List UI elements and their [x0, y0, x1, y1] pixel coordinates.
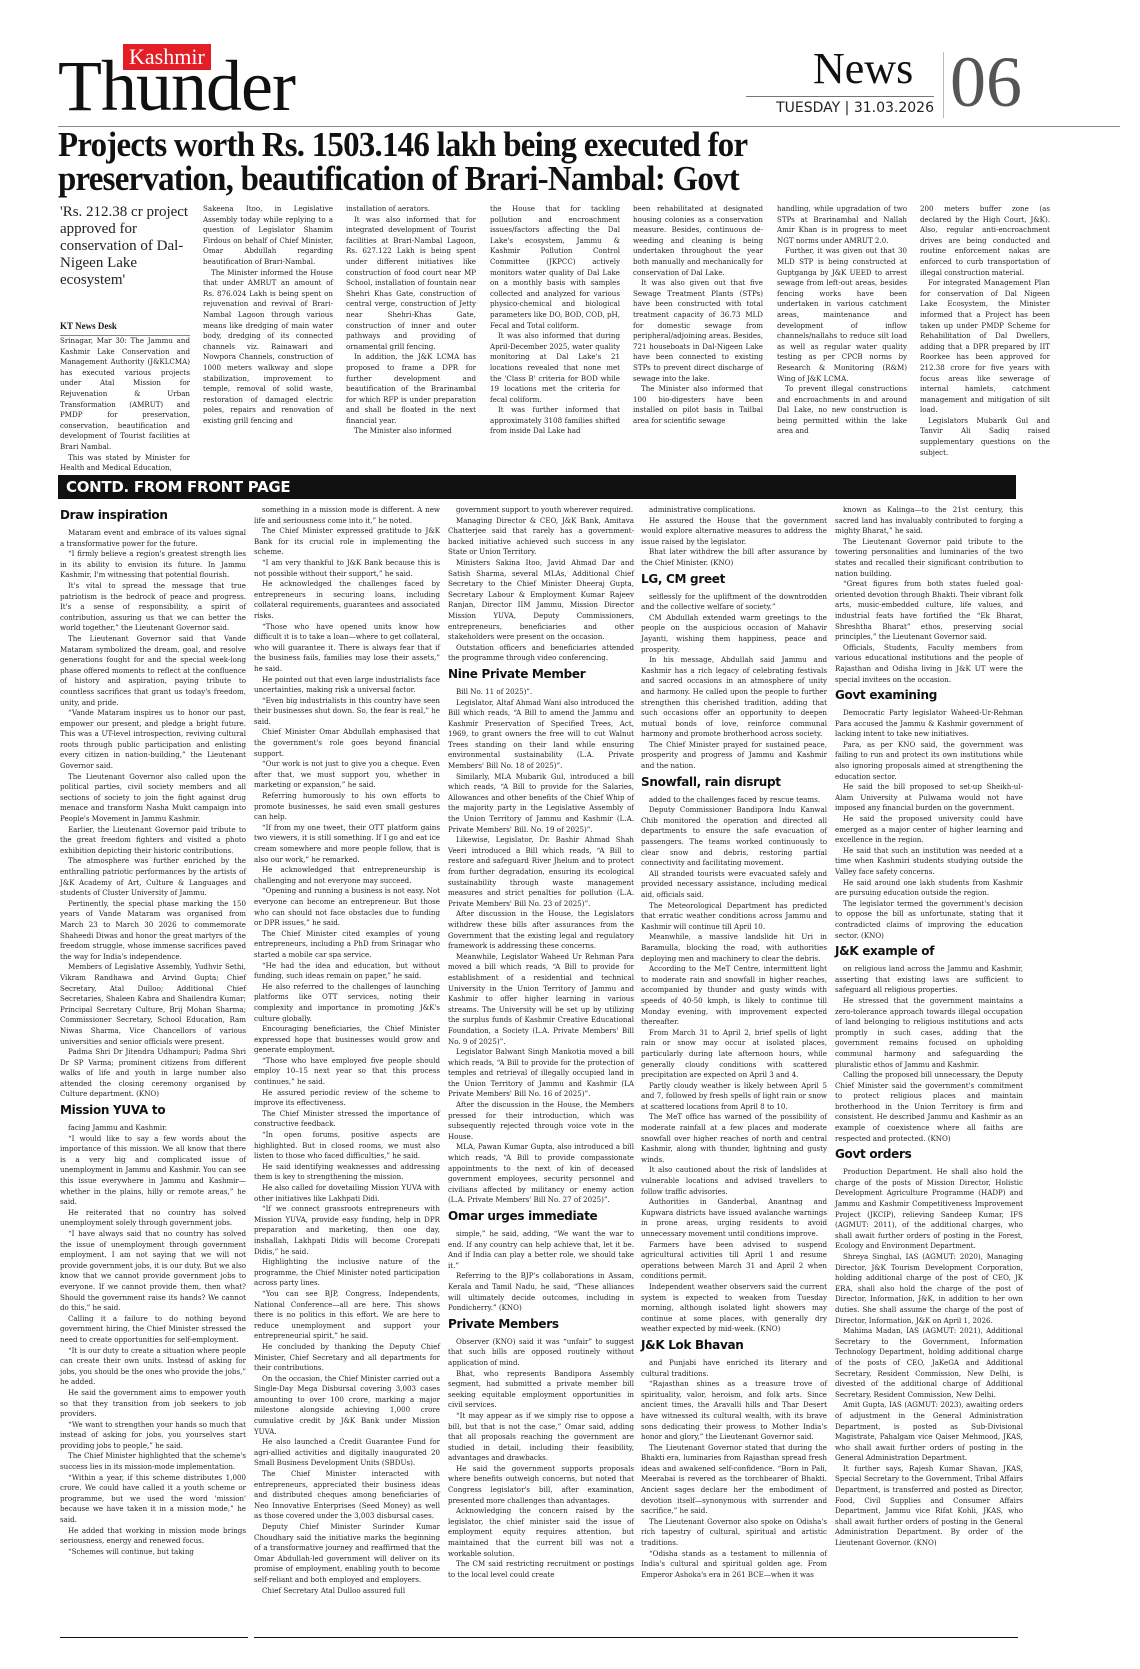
paragraph: Sakeena Itoo, in Legislative Assembly to… — [203, 204, 333, 268]
article-govt-examining: Democratic Party legislator Waheed-Ur-Re… — [835, 708, 1023, 941]
paragraph: Meanwhile, a massive landslide hit Uri i… — [641, 932, 827, 964]
paragraph: He stressed that the government maintain… — [835, 996, 1023, 1070]
paragraph: Outstation officers and beneficiaries at… — [448, 643, 634, 664]
byline: KT News Desk — [60, 320, 190, 336]
continued-column-5: known as Kalinga—to the 21st century, th… — [835, 505, 1023, 1549]
paragraph: Further, it was given out that 30 MLD ST… — [777, 246, 907, 384]
paragraph: government support to youth wherever req… — [448, 505, 634, 516]
page-number: 06 — [950, 44, 1022, 120]
paragraph: He acknowledged the challenges faced by … — [254, 579, 440, 621]
paragraph: The Minister also informed — [346, 426, 476, 437]
subhead-mission-yuva: Mission YUVA to — [60, 1102, 246, 1119]
paragraph: “Our work is not just to give you a cheq… — [254, 759, 440, 791]
bottom-rule-1 — [60, 1637, 248, 1638]
paragraph: “You can see BJP, Congress, Independents… — [254, 1289, 440, 1342]
brand-tag: Kashmir — [123, 44, 211, 70]
paragraph: “Vande Mataram inspires us to honor our … — [60, 708, 246, 772]
paragraph: facing Jammu and Kashmir. — [60, 1123, 246, 1134]
paragraph: “Even big industrialists in this country… — [254, 696, 440, 728]
paragraph: Para, as per KNO said, the government wa… — [835, 740, 1023, 782]
paragraph: “Great figures from both states fueled g… — [835, 579, 1023, 643]
paragraph: It's vital to spread the message that tr… — [60, 581, 246, 634]
paragraph: He pointed out that even large industria… — [254, 675, 440, 696]
continued-column-1: Draw inspiration Mataram event and embra… — [60, 505, 246, 1557]
paragraph: Calling it a failure to do nothing beyon… — [60, 1314, 246, 1346]
article-lok-bhavan: and Punjabi have enriched its literary a… — [641, 1358, 827, 1580]
article-lg-cm-greet: selflessly for the upliftment of the dow… — [641, 592, 827, 772]
paragraph: “Schemes will continue, but taking — [60, 1547, 246, 1558]
paragraph: simple,” he said, adding, “We want the w… — [448, 1229, 634, 1271]
paragraph: In addition, the J&K LCMA has proposed t… — [346, 352, 476, 426]
paragraph: Observer (KNO) said it was “unfair” to s… — [448, 1337, 634, 1369]
paragraph: The Chief Minister expressed gratitude t… — [254, 526, 440, 558]
paragraph: “Those who have employed five people sho… — [254, 1056, 440, 1088]
paragraph: On the occasion, the Chief Minister carr… — [254, 1374, 440, 1438]
paragraph: known as Kalinga—to the 21st century, th… — [835, 505, 1023, 537]
masthead: Thunder Kashmir News TUESDAY | 31.03.202… — [58, 38, 1120, 124]
paragraph: handling, while upgradation of two STPs … — [777, 204, 907, 246]
article-mission-yuva: facing Jammu and Kashmir.“I would like t… — [60, 1123, 246, 1557]
paragraph: Ministers Sakina Itoo, Javid Ahmad Dar a… — [448, 558, 634, 643]
top-story-column-2: Sakeena Itoo, in Legislative Assembly to… — [203, 204, 333, 426]
paragraph: Encouraging beneficiaries, the Chief Min… — [254, 1024, 440, 1056]
paragraph: He concluded by thanking the Deputy Chie… — [254, 1342, 440, 1374]
paragraph: From March 31 to April 2, brief spells o… — [641, 1028, 827, 1081]
top-story-column-3: installation of aerators.It was also inf… — [346, 204, 476, 437]
paragraph: The Minister informed the House that und… — [203, 268, 333, 427]
paragraph: “If we connect grassroots entrepreneurs … — [254, 1204, 440, 1257]
paragraph: “I firmly believe a region's greatest st… — [60, 549, 246, 581]
subhead-omar-urges: Omar urges immediate — [448, 1208, 634, 1225]
paragraph: “In open forums, positive aspects are hi… — [254, 1130, 440, 1162]
top-story: 'Rs. 212.38 cr project approved for cons… — [58, 204, 1120, 468]
paragraph: selflessly for the upliftment of the dow… — [641, 592, 827, 613]
paragraph: Bhat later withdrew the bill after assur… — [641, 547, 827, 568]
paragraph: The Lieutenant Governor also spoke on Od… — [641, 1517, 827, 1549]
paragraph: Officials, Students, Faculty members fro… — [835, 643, 1023, 685]
paragraph: “It is our duty to create a situation wh… — [60, 1346, 246, 1388]
paragraph: Shreya Singhal, IAS (AGMUT: 2020), Manag… — [835, 1252, 1023, 1326]
paragraph: For integrated Management Plan for conse… — [920, 278, 1050, 416]
subhead-jk-example: J&K example of — [835, 943, 1023, 960]
paragraph: “I have always said that no country has … — [60, 1229, 246, 1314]
paragraph: Mahima Madan, IAS (AGMUT: 2021), Additio… — [835, 1326, 1023, 1400]
paragraph: “Opening and running a business is not e… — [254, 886, 440, 928]
subhead-lg-cm-greet: LG, CM greet — [641, 571, 827, 588]
paragraph: Independent weather observers said the c… — [641, 1282, 827, 1335]
continued-column-4: administrative complications.He assured … — [641, 505, 827, 1580]
paragraph: According to the MeT Centre, intermitten… — [641, 964, 827, 1028]
paragraph: He said that such an institution was nee… — [835, 846, 1023, 878]
paragraph: The Chief Minister interacted with entre… — [254, 1469, 440, 1522]
paragraph: He assured periodic review of the scheme… — [254, 1088, 440, 1109]
paragraph: The Chief Minister stressed the importan… — [254, 1109, 440, 1130]
paragraph: After discussion in the House, the Legis… — [448, 909, 634, 951]
continued-stories: Draw inspiration Mataram event and embra… — [58, 505, 1120, 1645]
paragraph: The Lieutenant Governor stated that duri… — [641, 1443, 827, 1517]
paragraph: been rehabilitated at designated housing… — [633, 204, 763, 278]
paragraph: Padma Shri Dr Jitendra Udhampuri; Padma … — [60, 1047, 246, 1100]
paragraph: It was also informed that for integrated… — [346, 215, 476, 353]
paragraph: Amit Gupta, IAS (AGMUT: 2023), awaiting … — [835, 1400, 1023, 1464]
paragraph: It was further informed that approximate… — [490, 405, 620, 437]
subhead-lok-bhavan: J&K Lok Bhavan — [641, 1337, 827, 1354]
top-story-column-4: the House that for tackling pollution an… — [490, 204, 620, 437]
paragraph: added to the challenges faced by rescue … — [641, 795, 827, 806]
paragraph: MLA, Pawan Kumar Gupta, also introduced … — [448, 1142, 634, 1206]
article-jk-example: on religious land across the Jammu and K… — [835, 964, 1023, 1144]
paragraph: Acknowledging the concern raised by the … — [448, 1506, 634, 1559]
paragraph: “Those who have opened units know how di… — [254, 622, 440, 675]
paragraph: The MeT office has warned of the possibi… — [641, 1112, 827, 1165]
paragraph: The Lieutenant Governor also called upon… — [60, 772, 246, 825]
paragraph: CM Abdullah extended warm greetings to t… — [641, 613, 827, 655]
paragraph: The atmosphere was further enriched by t… — [60, 856, 246, 898]
paragraph: the House that for tackling pollution an… — [490, 204, 620, 331]
paragraph: “He had the idea and education, but with… — [254, 961, 440, 982]
paragraph: He assured the House that the government… — [641, 516, 827, 548]
continued-column-2: something in a mission mode is different… — [254, 505, 440, 1596]
paragraph: Referring to the BJP's collaborations in… — [448, 1271, 634, 1313]
paragraph: Deputy Commissioner Bandipora Indu Kanwa… — [641, 805, 827, 869]
paragraph: and Punjabi have enriched its literary a… — [641, 1358, 827, 1379]
article-mission-yuva-end: government support to youth wherever req… — [448, 505, 634, 664]
paragraph: Farmers have been advised to suspend agr… — [641, 1240, 827, 1282]
paragraph: The CM said restricting recruitment or p… — [448, 1559, 634, 1580]
paragraph: Calling the proposed bill unnecessary, t… — [835, 1070, 1023, 1144]
subhead-nine-private-member: Nine Private Member — [448, 666, 634, 683]
paragraph: He also referred to the challenges of la… — [254, 982, 440, 1024]
article-snowfall: added to the challenges faced by rescue … — [641, 795, 827, 1335]
top-story-column-7: 200 meters buffer zone (as declared by t… — [920, 204, 1050, 458]
paragraph: “Within a year, if this scheme distribut… — [60, 1473, 246, 1526]
paragraph: It also cautioned about the risk of land… — [641, 1165, 827, 1197]
paragraph: Partly cloudy weather is likely between … — [641, 1081, 827, 1113]
article-lok-bhavan-end: known as Kalinga—to the 21st century, th… — [835, 505, 1023, 685]
paragraph: Pertinently, the special phase marking t… — [60, 899, 246, 963]
paragraph: He also launched a Credit Guarantee Fund… — [254, 1437, 440, 1469]
paragraph: Authorities in Ganderbal, Anantnag and K… — [641, 1197, 827, 1239]
date-line: TUESDAY | 31.03.2026 — [746, 96, 934, 119]
top-story-column-5: been rehabilitated at designated housing… — [633, 204, 763, 426]
paragraph: on religious land across the Jammu and K… — [835, 964, 1023, 996]
paragraph: Democratic Party legislator Waheed-Ur-Re… — [835, 708, 1023, 740]
paragraph: “If from my one tweet, their OTT platfor… — [254, 823, 440, 865]
paragraph: All stranded tourists were evacuated saf… — [641, 869, 827, 901]
paragraph: Likewise, Legislator, Dr. Bashir Ahmad S… — [448, 835, 634, 909]
headline-line-1: Projects worth Rs. 1503.146 lakh being e… — [58, 128, 1056, 162]
paragraph: Deputy Chief Minister Surinder Kumar Cho… — [254, 1522, 440, 1586]
paragraph: Similarly, MLA Mubarik Gul, introduced a… — [448, 772, 634, 836]
paragraph: “Rajasthan shines as a treasure trove of… — [641, 1379, 827, 1443]
paragraph: Legislator, Altaf Ahmad Wani also introd… — [448, 698, 634, 772]
paragraph: The Minister also informed that 100 bio-… — [633, 384, 763, 426]
paragraph: “Odisha stands as a testament to millenn… — [641, 1549, 827, 1581]
pull-quote: 'Rs. 212.38 cr project approved for cons… — [60, 204, 190, 289]
paragraph: Bhat, who represents Bandipora Assembly … — [448, 1369, 634, 1411]
top-story-column-1: Srinagar, Mar 30: The Jammu and Kashmir … — [60, 336, 190, 474]
paragraph: It was also informed that during April-D… — [490, 331, 620, 405]
paragraph: Meanwhile, Legislator Waheed Ur Rehman P… — [448, 952, 634, 1047]
article-private-members: Observer (KNO) said it was “unfair” to s… — [448, 1337, 634, 1581]
paragraph: Earlier, the Lieutenant Governor paid tr… — [60, 825, 246, 857]
paragraph: He said identifying weaknesses and addre… — [254, 1162, 440, 1183]
paragraph: Mataram event and embrace of its values … — [60, 528, 246, 549]
paragraph: It was also given out that five Sewage T… — [633, 278, 763, 384]
paragraph: He said the government supports proposal… — [448, 1464, 634, 1506]
headline: Projects worth Rs. 1503.146 lakh being e… — [58, 128, 1056, 196]
article-private-members-end: administrative complications.He assured … — [641, 505, 827, 569]
paragraph: The legislator termed the government's d… — [835, 899, 1023, 941]
subhead-govt-orders: Govt orders — [835, 1146, 1023, 1163]
subhead-govt-examining: Govt examining — [835, 687, 1023, 704]
paragraph: The Meteorological Department has predic… — [641, 901, 827, 933]
paragraph: Legislators Mubarik Gul and Tanvir Ali S… — [920, 416, 1050, 458]
paragraph: Bill No. 11 of 2025)”. — [448, 687, 634, 698]
article-govt-orders: Production Department. He shall also hol… — [835, 1167, 1023, 1548]
paragraph: 200 meters buffer zone (as declared by t… — [920, 204, 1050, 278]
paragraph: To prevent illegal constructions and enc… — [777, 384, 907, 437]
paragraph: Chief Minister Omar Abdullah emphasised … — [254, 727, 440, 759]
article-mission-yuva-contd: something in a mission mode is different… — [254, 505, 440, 1596]
subhead-private-members: Private Members — [448, 1316, 634, 1333]
paragraph: He said the government aims to empower y… — [60, 1388, 246, 1420]
paragraph: Referring humorously to his own efforts … — [254, 791, 440, 823]
paragraph: administrative complications. — [641, 505, 827, 516]
section-name: News — [813, 46, 913, 92]
paragraph: He said the bill proposed to set-up Shei… — [835, 782, 1023, 814]
article-draw-inspiration: Mataram event and embrace of its values … — [60, 528, 246, 1100]
paragraph: After the discussion in the House, the M… — [448, 1100, 634, 1142]
continued-column-3: government support to youth wherever req… — [448, 505, 634, 1580]
subhead-snowfall: Snowfall, rain disrupt — [641, 774, 827, 791]
paragraph: He said around one lakh students from Ka… — [835, 878, 1023, 899]
paragraph: He acknowledged that entrepreneurship is… — [254, 865, 440, 886]
paragraph: Members of Legislative Assembly, Yudhvir… — [60, 962, 246, 1047]
paragraph: Chief Secretary Atal Dulloo assured full — [254, 1586, 440, 1597]
paragraph: The Chief Minister highlighted that the … — [60, 1451, 246, 1472]
paragraph: It further says, Rajesh Kumar Shavan, JK… — [835, 1464, 1023, 1549]
contd-from-front-page-bar: CONTD. FROM FRONT PAGE — [58, 475, 1016, 499]
subhead-draw-inspiration: Draw inspiration — [60, 507, 246, 524]
paragraph: He added that working in mission mode br… — [60, 1526, 246, 1547]
contd-bar-label: CONTD. FROM FRONT PAGE — [66, 477, 290, 497]
masthead-divider — [943, 52, 944, 118]
paragraph: Highlighting the inclusive nature of the… — [254, 1257, 440, 1289]
paragraph: Legislator Balwant Singh Mankotia moved … — [448, 1047, 634, 1100]
article-nine-private-member: Bill No. 11 of 2025)”.Legislator, Altaf … — [448, 687, 634, 1206]
paragraph: The Chief Minister prayed for sustained … — [641, 740, 827, 772]
paragraph: The Lieutenant Governor said that Vande … — [60, 634, 246, 708]
paragraph: He said the proposed university could ha… — [835, 814, 1023, 846]
paragraph: Production Department. He shall also hol… — [835, 1167, 1023, 1252]
paragraph: This was stated by Minister for Health a… — [60, 453, 190, 474]
paragraph: Srinagar, Mar 30: The Jammu and Kashmir … — [60, 336, 190, 453]
paragraph: “I am very thankful to J&K Bank because … — [254, 558, 440, 579]
paragraph: “We want to strengthen your hands so muc… — [60, 1420, 246, 1452]
paragraph: installation of aerators. — [346, 204, 476, 215]
paragraph: something in a mission mode is different… — [254, 505, 440, 526]
paragraph: He also called for dovetailing Mission Y… — [254, 1183, 440, 1204]
paragraph: In his message, Abdullah said Jammu and … — [641, 655, 827, 740]
paragraph: “It may appear as if we simply rise to o… — [448, 1411, 634, 1464]
article-omar-urges: simple,” he said, adding, “We want the w… — [448, 1229, 634, 1314]
headline-line-2: preservation, beautification of Brari-Na… — [58, 162, 1056, 196]
paragraph: Managing Director & CEO, J&K Bank, Amita… — [448, 516, 634, 558]
top-story-column-6: handling, while upgradation of two STPs … — [777, 204, 907, 437]
paragraph: The Lieutenant Governor paid tribute to … — [835, 537, 1023, 579]
paragraph: He reiterated that no country has solved… — [60, 1208, 246, 1229]
paragraph: The Chief Minister cited examples of you… — [254, 929, 440, 961]
bottom-rule-2 — [254, 1637, 1018, 1638]
paragraph: “I would like to say a few words about t… — [60, 1134, 246, 1208]
